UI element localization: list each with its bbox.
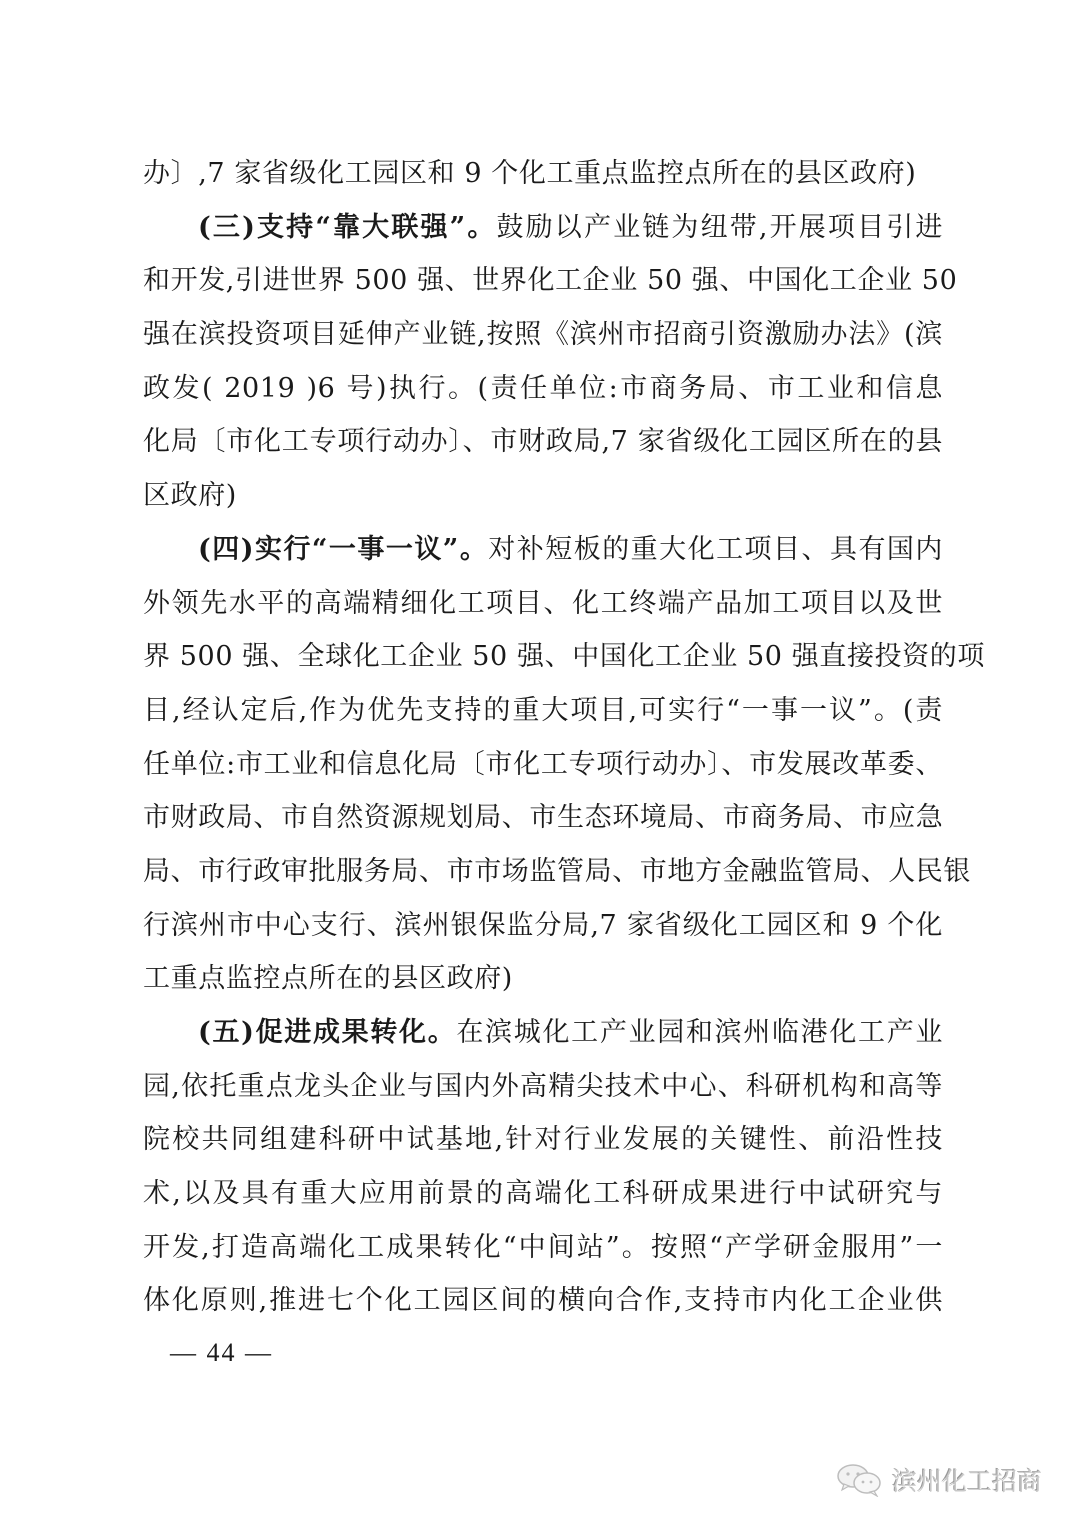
text-line: 园,依托重点龙头企业与国内外高精尖技术中心、科研机构和高等 <box>143 1060 943 1114</box>
watermark-label: 滨州化工招商 <box>892 1462 1042 1498</box>
text-line: 市财政局、市自然资源规划局、市生态环境局、市商务局、市应急 <box>143 791 943 845</box>
text-line: 外领先水平的高端精细化工项目、化工终端产品加工项目以及世 <box>143 577 943 631</box>
section-heading: (五)促进成果转化。 <box>198 1017 456 1048</box>
text-line: 化局〔市化工专项行动办〕、市财政局,7 家省级化工园区所在的县 <box>143 415 943 469</box>
document-body: 办〕,7 家省级化工园区和 9 个化工重点监控点所在的县区政府) (三)支持“靠… <box>143 147 943 1328</box>
section-heading: (四)实行“一事一议”。 <box>198 534 488 565</box>
document-page: 办〕,7 家省级化工园区和 9 个化工重点监控点所在的县区政府) (三)支持“靠… <box>0 0 1080 1527</box>
text-line: 行滨州市中心支行、滨州银保监分局,7 家省级化工园区和 9 个化 <box>143 899 943 953</box>
text-line: 体化原则,推进七个化工园区间的横向合作,支持市内化工企业供 <box>143 1274 943 1328</box>
section-five-heading-line: (五)促进成果转化。在滨城化工产业园和滨州临港化工产业 <box>143 1006 943 1060</box>
section-three-heading-line: (三)支持“靠大联强”。鼓励以产业链为纽带,开展项目引进 <box>143 201 943 255</box>
text-line: 局、市行政审批服务局、市市场监管局、市地方金融监管局、人民银 <box>143 845 943 899</box>
text-line: 任单位:市工业和信息化局〔市化工专项行动办〕、市发展改革委、 <box>143 738 943 792</box>
text-line: 强在滨投资项目延伸产业链,按照《滨州市招商引资激励办法》(滨 <box>143 308 943 362</box>
text-line: 和开发,引进世界 500 强、世界化工企业 50 强、中国化工企业 50 <box>143 254 943 308</box>
text-line: 目,经认定后,作为优先支持的重大项目,可实行“一事一议”。(责 <box>143 684 943 738</box>
text-line: 开发,打造高端化工成果转化“中间站”。按照“产学研金服用”一 <box>143 1221 943 1275</box>
text-line: 政发( 2019 )6 号)执行。(责任单位:市商务局、市工业和信息 <box>143 362 943 416</box>
wechat-icon <box>836 1463 884 1497</box>
text-line: 区政府) <box>143 469 943 523</box>
watermark: 滨州化工招商 <box>836 1462 1042 1498</box>
page-number: — 44 — <box>170 1338 273 1368</box>
text-line: 工重点监控点所在的县区政府) <box>143 952 943 1006</box>
text-line: 界 500 强、全球化工企业 50 强、中国化工企业 50 强直接投资的项 <box>143 630 943 684</box>
text-line: 办〕,7 家省级化工园区和 9 个化工重点监控点所在的县区政府) <box>143 147 943 201</box>
section-four-heading-line: (四)实行“一事一议”。对补短板的重大化工项目、具有国内 <box>143 523 943 577</box>
text-line: 院校共同组建科研中试基地,针对行业发展的关键性、前沿性技 <box>143 1113 943 1167</box>
text-line: 术,以及具有重大应用前景的高端化工科研成果进行中试研究与 <box>143 1167 943 1221</box>
section-heading: (三)支持“靠大联强”。 <box>198 212 496 243</box>
